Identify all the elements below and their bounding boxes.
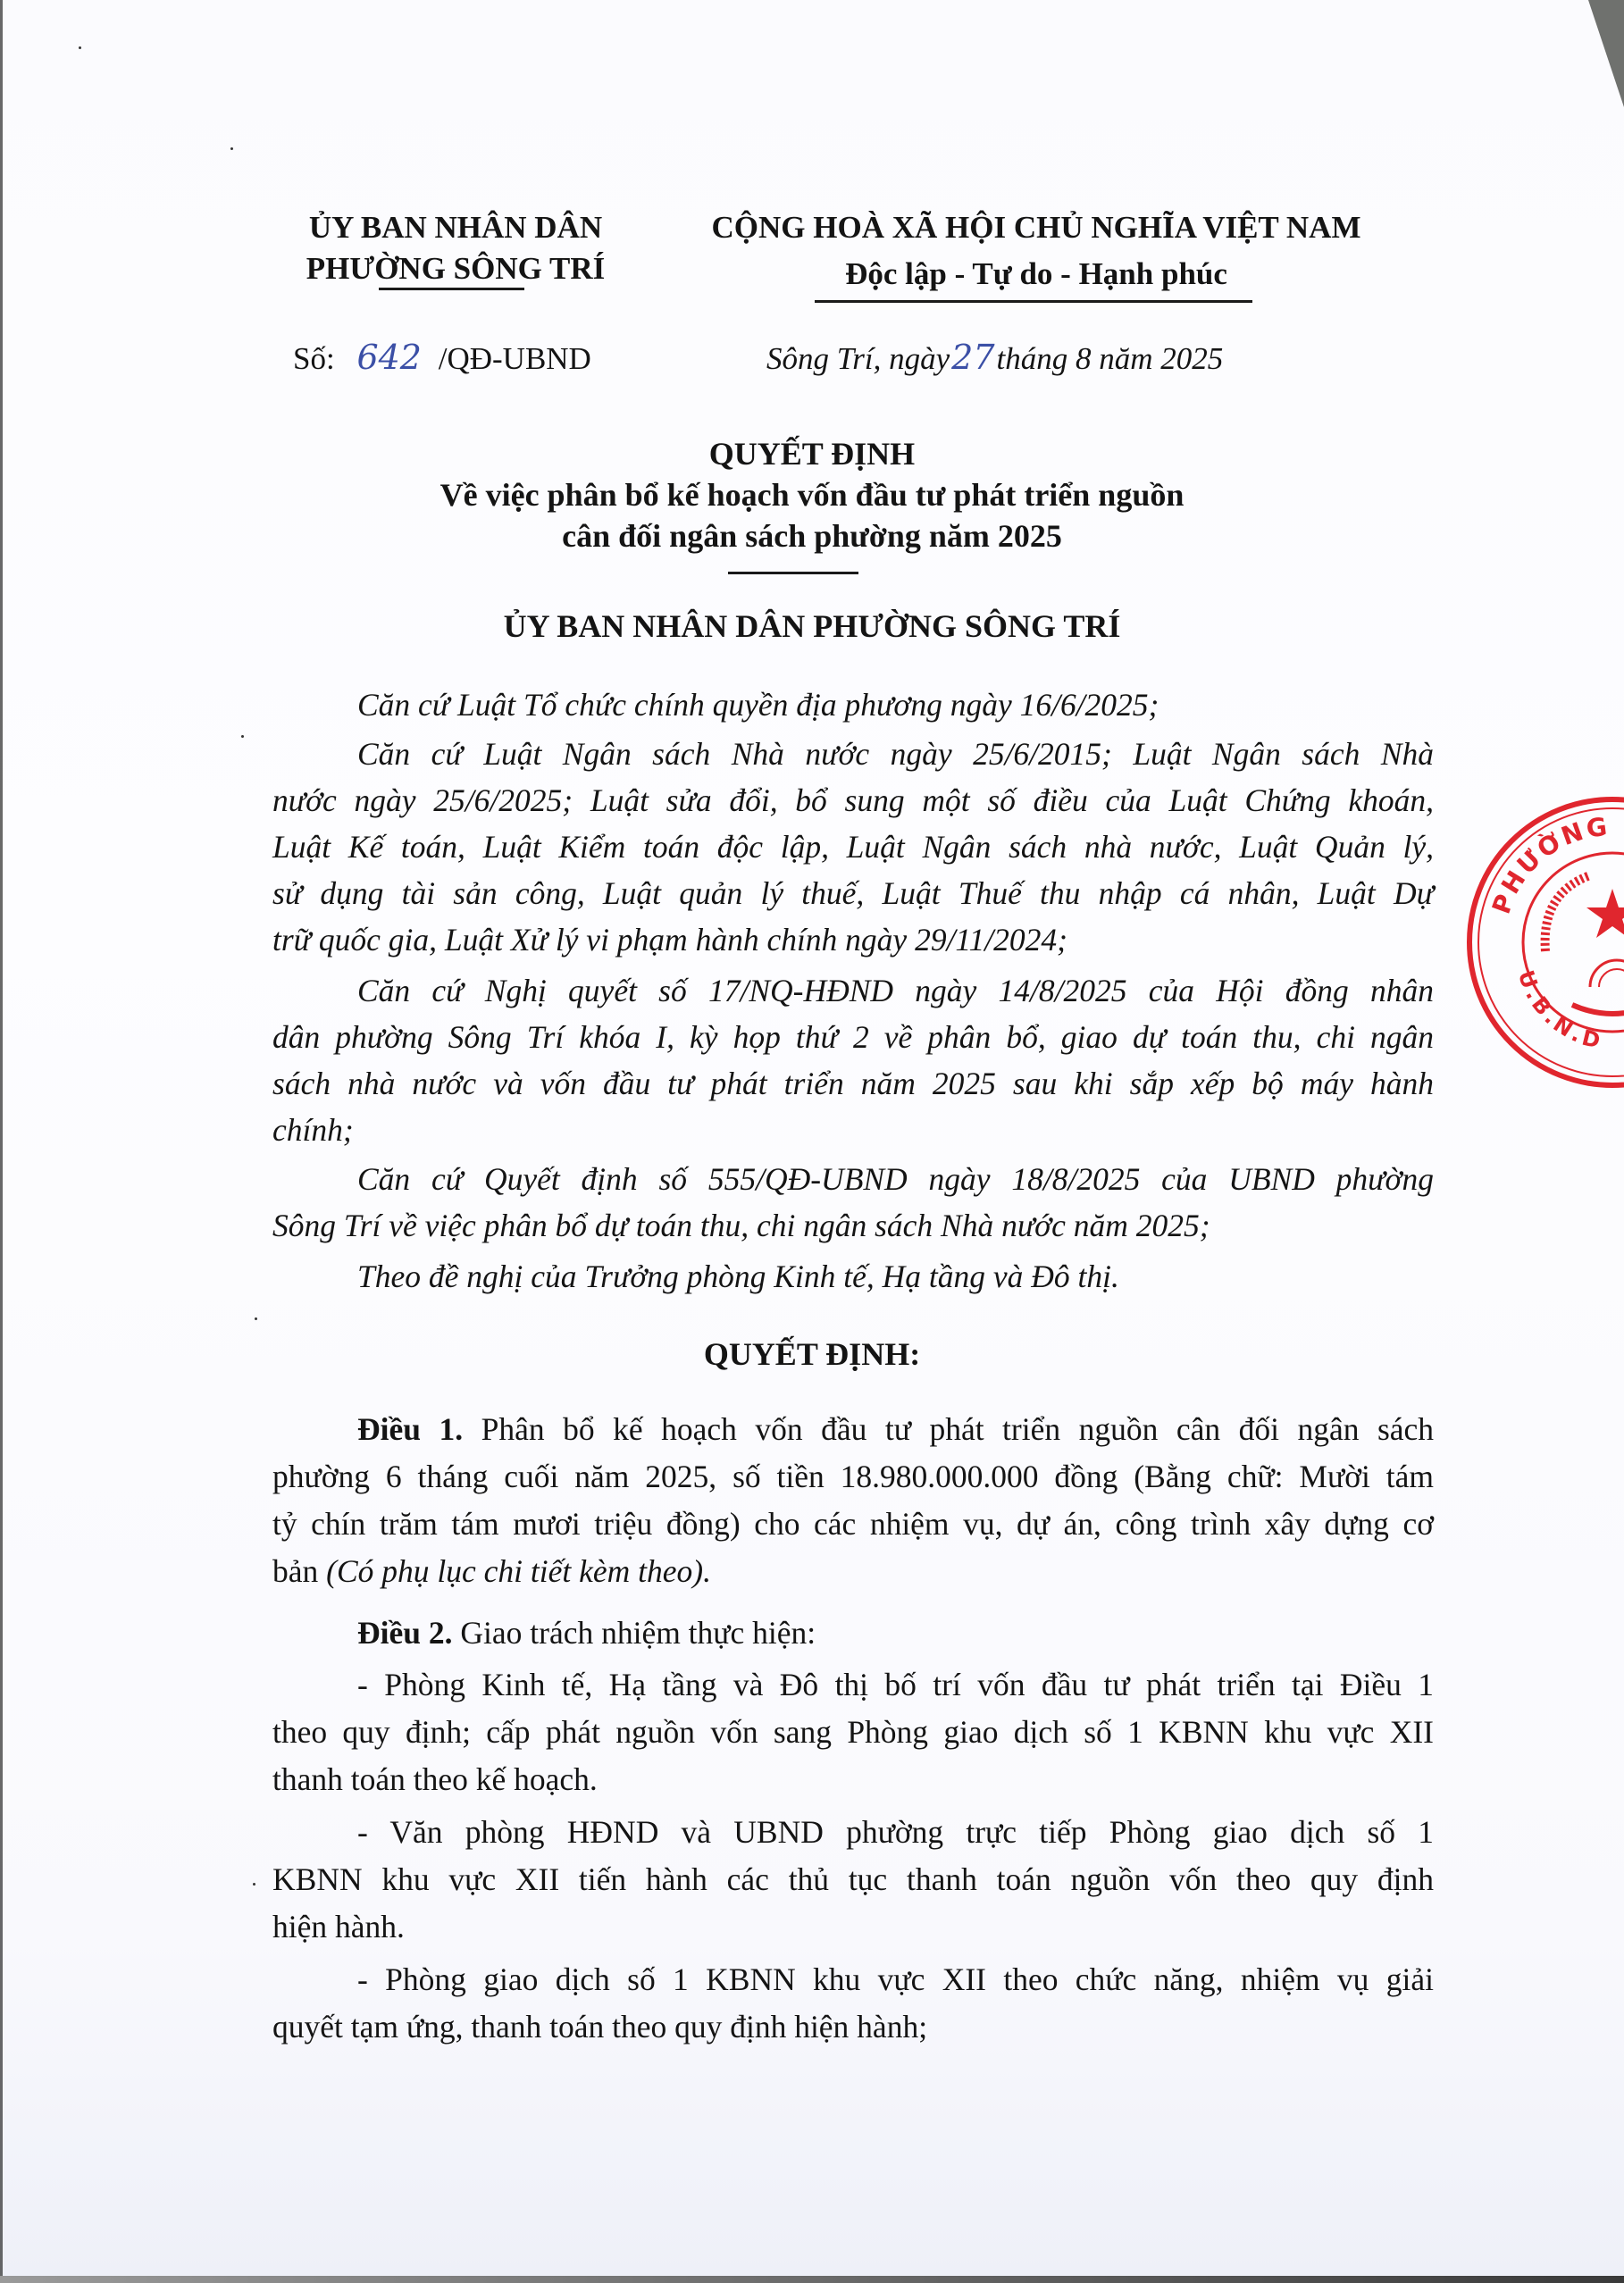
scan-speck	[255, 1317, 257, 1320]
date-prefix: Sông Trí, ngày	[766, 341, 950, 376]
article-2-item-line: quyết tạm ứng, thanh toán theo quy định …	[272, 2003, 1434, 2050]
article-1-line: phường 6 tháng cuối năm 2025, số tiền 18…	[272, 1453, 1434, 1500]
official-seal: PHƯỜNG SÔNG U.B.N.D	[1465, 795, 1624, 1090]
star-icon	[1586, 889, 1624, 938]
scan-edge	[0, 0, 3, 2283]
seal-text-top: PHƯỜNG SÔNG	[1486, 812, 1624, 918]
preamble-line: Căn cứ Nghị quyết số 17/NQ-HĐND ngày 14/…	[357, 967, 1434, 1014]
article-2-intro: Điều 2. Giao trách nhiệm thực hiện:	[357, 1610, 1434, 1656]
preamble-line: Căn cứ Quyết định số 555/QĐ-UBND ngày 18…	[357, 1156, 1434, 1202]
document-title: QUYẾT ĐỊNH Về việc phân bổ kế hoạch vốn …	[0, 433, 1624, 556]
preamble-line: Căn cứ Luật Tổ chức chính quyền địa phươ…	[357, 682, 1434, 728]
article-2-label: Điều 2.	[357, 1615, 453, 1651]
article-1-line: tỷ chín trăm tám mươi triệu đồng) cho cá…	[272, 1501, 1434, 1547]
appendix-note: (Có phụ lục chi tiết kèm theo).	[326, 1553, 711, 1589]
agency-line-1: ỦY BAN NHÂN DÂN	[286, 207, 625, 248]
preamble-line: dân phường Sông Trí khóa I, kỳ họp thứ 2…	[272, 1014, 1434, 1060]
agency-line-2: PHƯỜNG SÔNG TRÍ	[286, 248, 625, 289]
agency-underline	[379, 288, 524, 290]
article-1-label: Điều 1.	[357, 1411, 463, 1447]
preamble-line: Sông Trí về việc phân bổ dự toán thu, ch…	[272, 1202, 1434, 1249]
article-2-item-line: theo quy định; cấp phát nguồn vốn sang P…	[272, 1709, 1434, 1755]
motto-underline	[815, 300, 1252, 303]
preamble-line: Luật Kế toán, Luật Kiểm toán độc lập, Lu…	[272, 824, 1434, 870]
nation-line-1: CỘNG HOÀ XÃ HỘI CHỦ NGHĨA VIỆT NAM	[679, 207, 1394, 248]
doc-number-handwritten: 642	[356, 338, 422, 377]
nation-line-2: Độc lập - Tự do - Hạnh phúc	[679, 254, 1394, 295]
preamble-line: chính;	[272, 1107, 1434, 1153]
issuer-heading: ỦY BAN NHÂN DÂN PHƯỜNG SÔNG TRÍ	[0, 607, 1624, 645]
document-number: Số: 642 /QĐ-UBND	[293, 338, 591, 377]
date-suffix: tháng 8 năm 2025	[997, 341, 1224, 376]
preamble-line: sách nhà nước và vốn đầu tư phát triển n…	[272, 1060, 1434, 1107]
article-2-item-line: KBNN khu vực XII tiến hành các thủ tục t…	[272, 1856, 1434, 1902]
agency-name: ỦY BAN NHÂN DÂN PHƯỜNG SÔNG TRÍ	[286, 207, 625, 289]
preamble-line: Căn cứ Luật Ngân sách Nhà nước ngày 25/6…	[357, 731, 1434, 777]
preamble-line: trữ quốc gia, Luật Xử lý vi phạm hành ch…	[272, 916, 1434, 963]
article-2-item-line: thanh toán theo kế hoạch.	[272, 1756, 1434, 1802]
doc-number-label: Số:	[293, 341, 335, 376]
article-2-item-line: hiện hành.	[272, 1903, 1434, 1950]
doc-number-suffix: /QĐ-UBND	[439, 341, 591, 376]
preamble-line: sử dụng tài sản công, Luật quản lý thuế,…	[272, 870, 1434, 916]
document-date: Sông Trí, ngày27tháng 8 năm 2025	[766, 338, 1223, 377]
scan-speck	[79, 46, 81, 49]
scan-edge-bottom	[0, 2276, 1624, 2283]
title-underline	[728, 572, 858, 574]
national-motto: CỘNG HOÀ XÃ HỘI CHỦ NGHĨA VIỆT NAM Độc l…	[679, 207, 1394, 295]
title-main: QUYẾT ĐỊNH	[0, 433, 1624, 474]
article-1-line: bản (Có phụ lục chi tiết kèm theo).	[272, 1548, 1434, 1594]
article-2-item-line: - Văn phòng HĐND và UBND phường trực tiế…	[357, 1809, 1434, 1855]
preamble-line: Theo đề nghị của Trưởng phòng Kinh tế, H…	[357, 1253, 1434, 1300]
title-subject-1: Về việc phân bổ kế hoạch vốn đầu tư phát…	[0, 474, 1624, 515]
folded-corner	[1588, 0, 1624, 107]
article-2-item-line: - Phòng giao dịch số 1 KBNN khu vực XII …	[357, 1956, 1434, 2003]
svg-text:PHƯỜNG SÔNG: PHƯỜNG SÔNG	[1486, 812, 1624, 918]
date-day-handwritten: 27	[951, 338, 994, 377]
article-1-line: Điều 1. Phân bổ kế hoạch vốn đầu tư phát…	[357, 1406, 1434, 1452]
document-page: ỦY BAN NHÂN DÂN PHƯỜNG SÔNG TRÍ CỘNG HOÀ…	[0, 0, 1624, 2283]
title-subject-2: cân đối ngân sách phường năm 2025	[0, 515, 1624, 556]
article-2-item-line: - Phòng Kinh tế, Hạ tầng và Đô thị bố tr…	[357, 1661, 1434, 1708]
decision-heading: QUYẾT ĐỊNH:	[0, 1335, 1624, 1373]
scan-speck	[241, 735, 244, 738]
scan-speck	[253, 1883, 255, 1886]
scan-speck	[230, 147, 233, 150]
preamble-line: nước ngày 25/6/2025; Luật sửa đổi, bổ su…	[272, 777, 1434, 824]
